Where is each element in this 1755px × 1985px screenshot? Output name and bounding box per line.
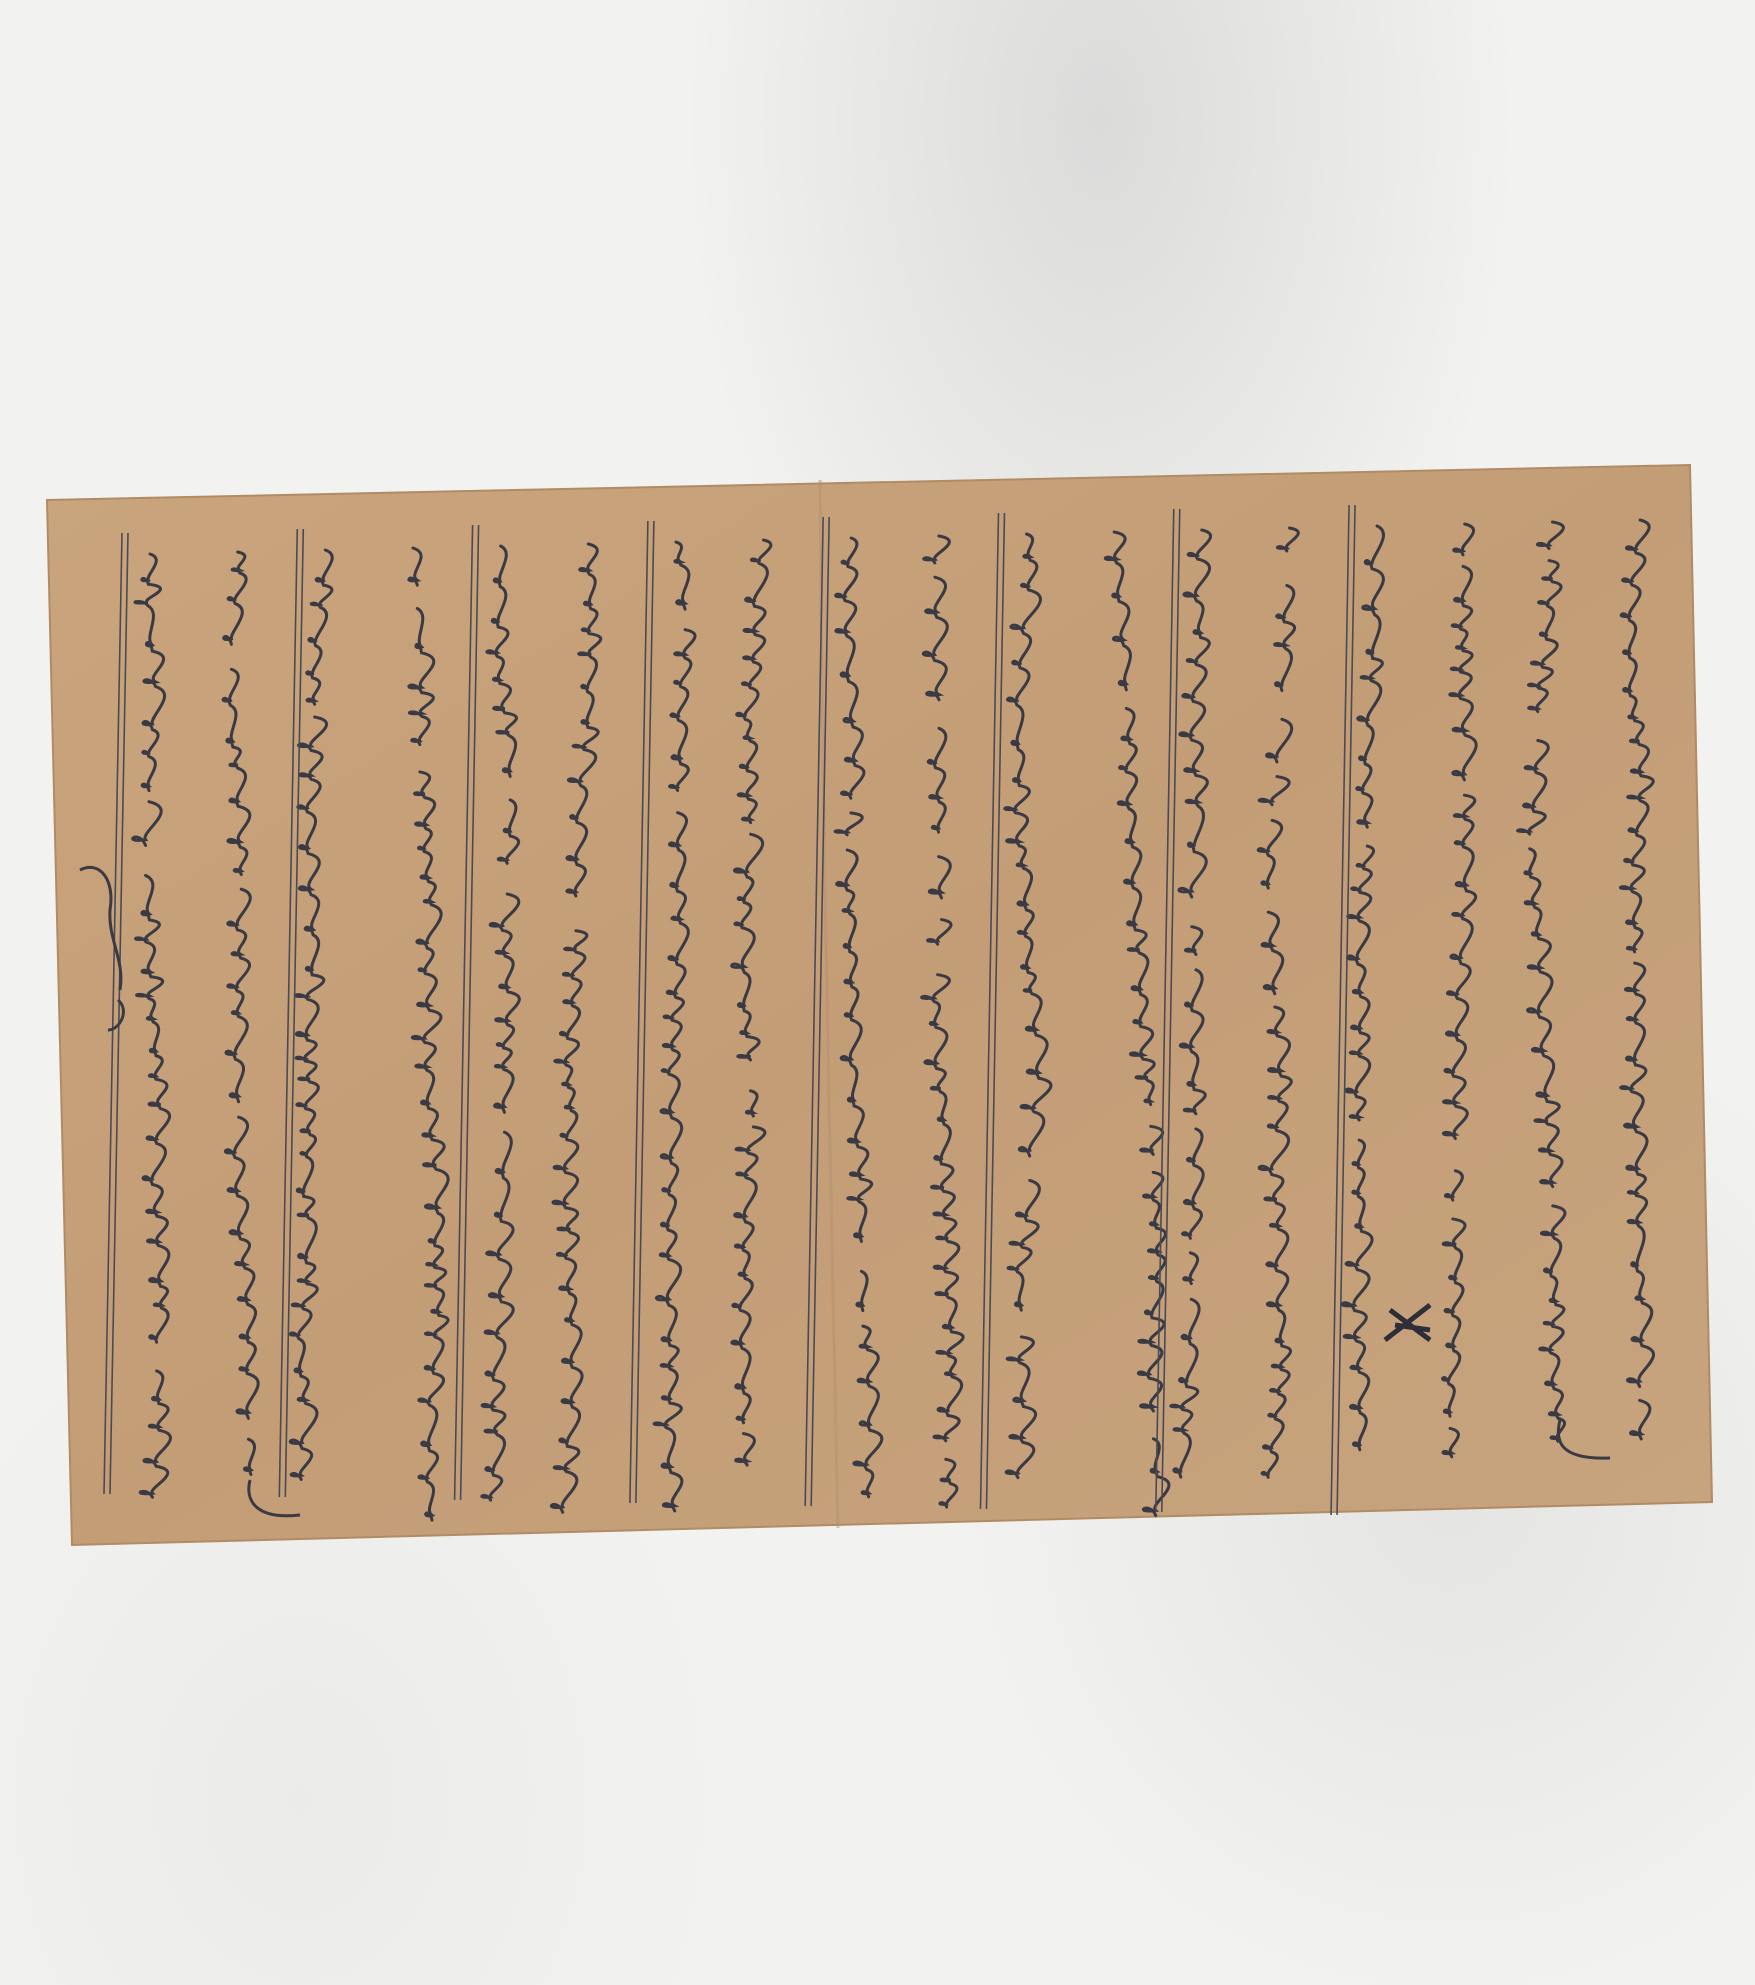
postcard — [0, 0, 1755, 1985]
